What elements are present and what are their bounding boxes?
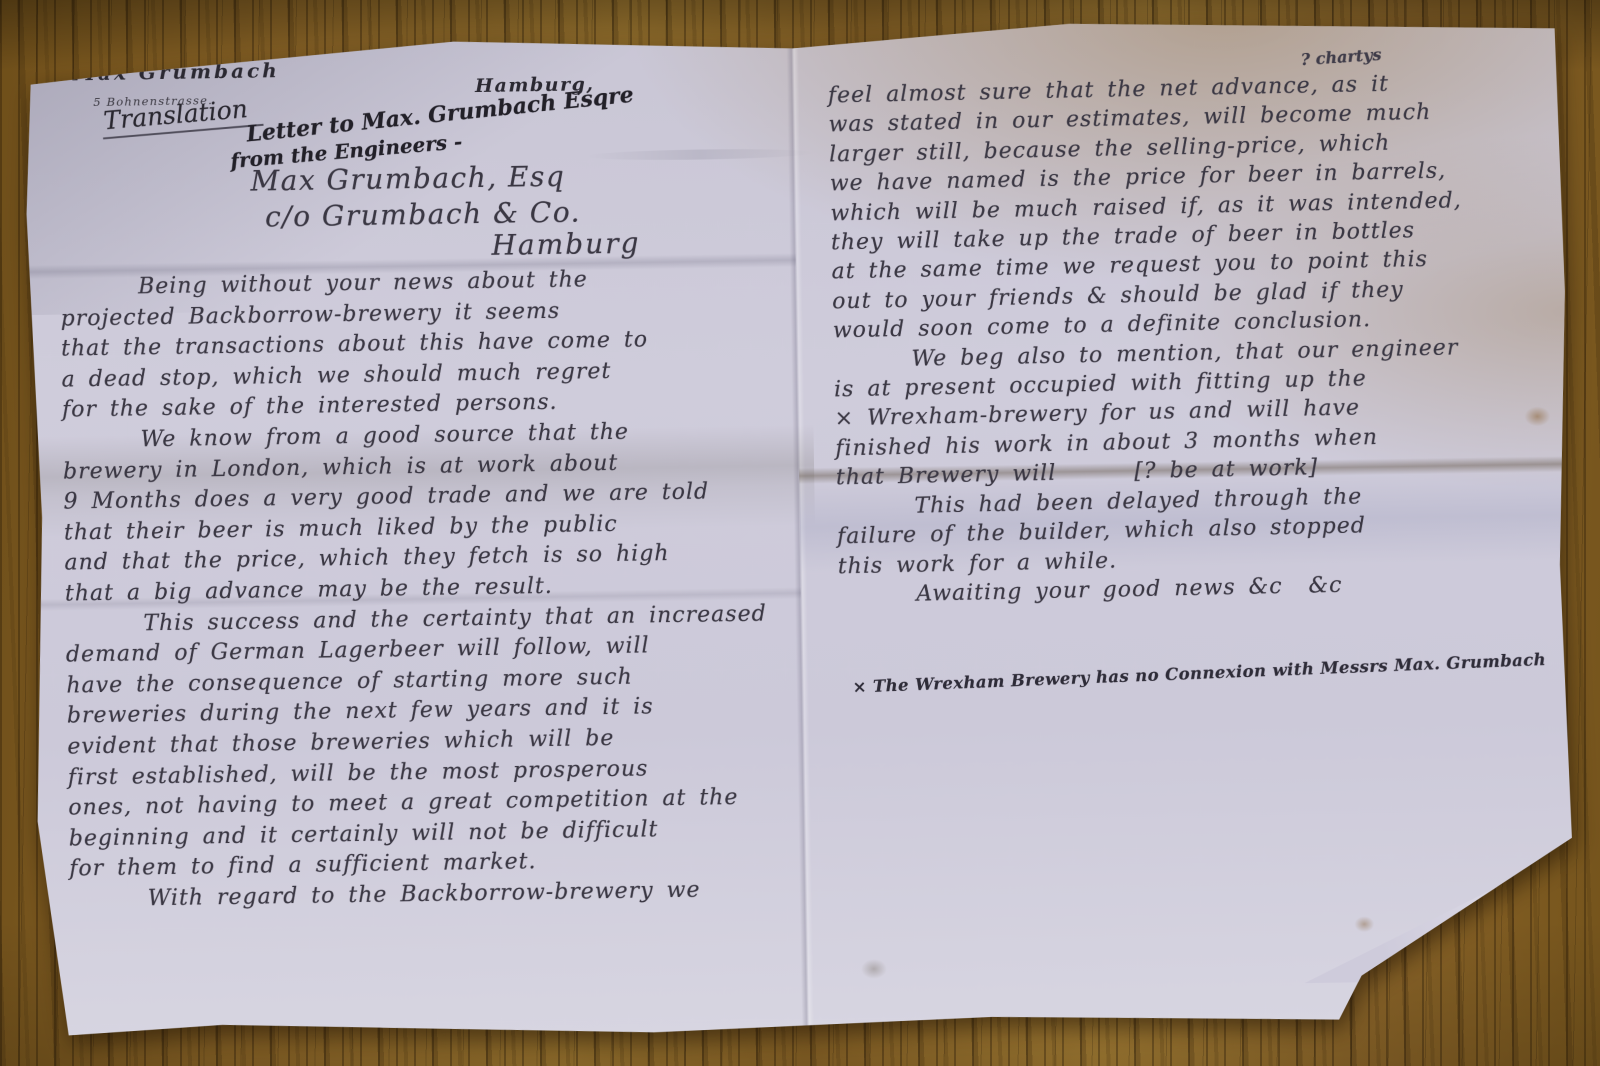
letter-sheet: Max Grumbach 5 Bohnenstrasse. Hamburg, T… [22, 8, 1578, 1044]
stain-spot [861, 959, 887, 979]
recipient-city: Hamburg [491, 226, 640, 261]
letterhead-name: Max Grumbach [73, 58, 280, 85]
letter-right-page-body: feel almost sure that the net advance, a… [828, 66, 1567, 610]
letter-paper: Max Grumbach 5 Bohnenstrasse. Hamburg, T… [22, 8, 1578, 1044]
crease-line [584, 148, 814, 162]
stain-spot [1354, 916, 1374, 932]
wrexham-footnote: × The Wrexham Brewery has no Connexion w… [852, 650, 1546, 697]
top-right-annotation: ? chartys [1300, 45, 1382, 69]
recipient-name: Max Grumbach, Esq [250, 160, 565, 198]
letter-left-page-body: Being without your news about theproject… [60, 262, 818, 916]
wooden-table-surface: Max Grumbach 5 Bohnenstrasse. Hamburg, T… [0, 0, 1600, 1066]
folded-corner [1302, 812, 1577, 993]
